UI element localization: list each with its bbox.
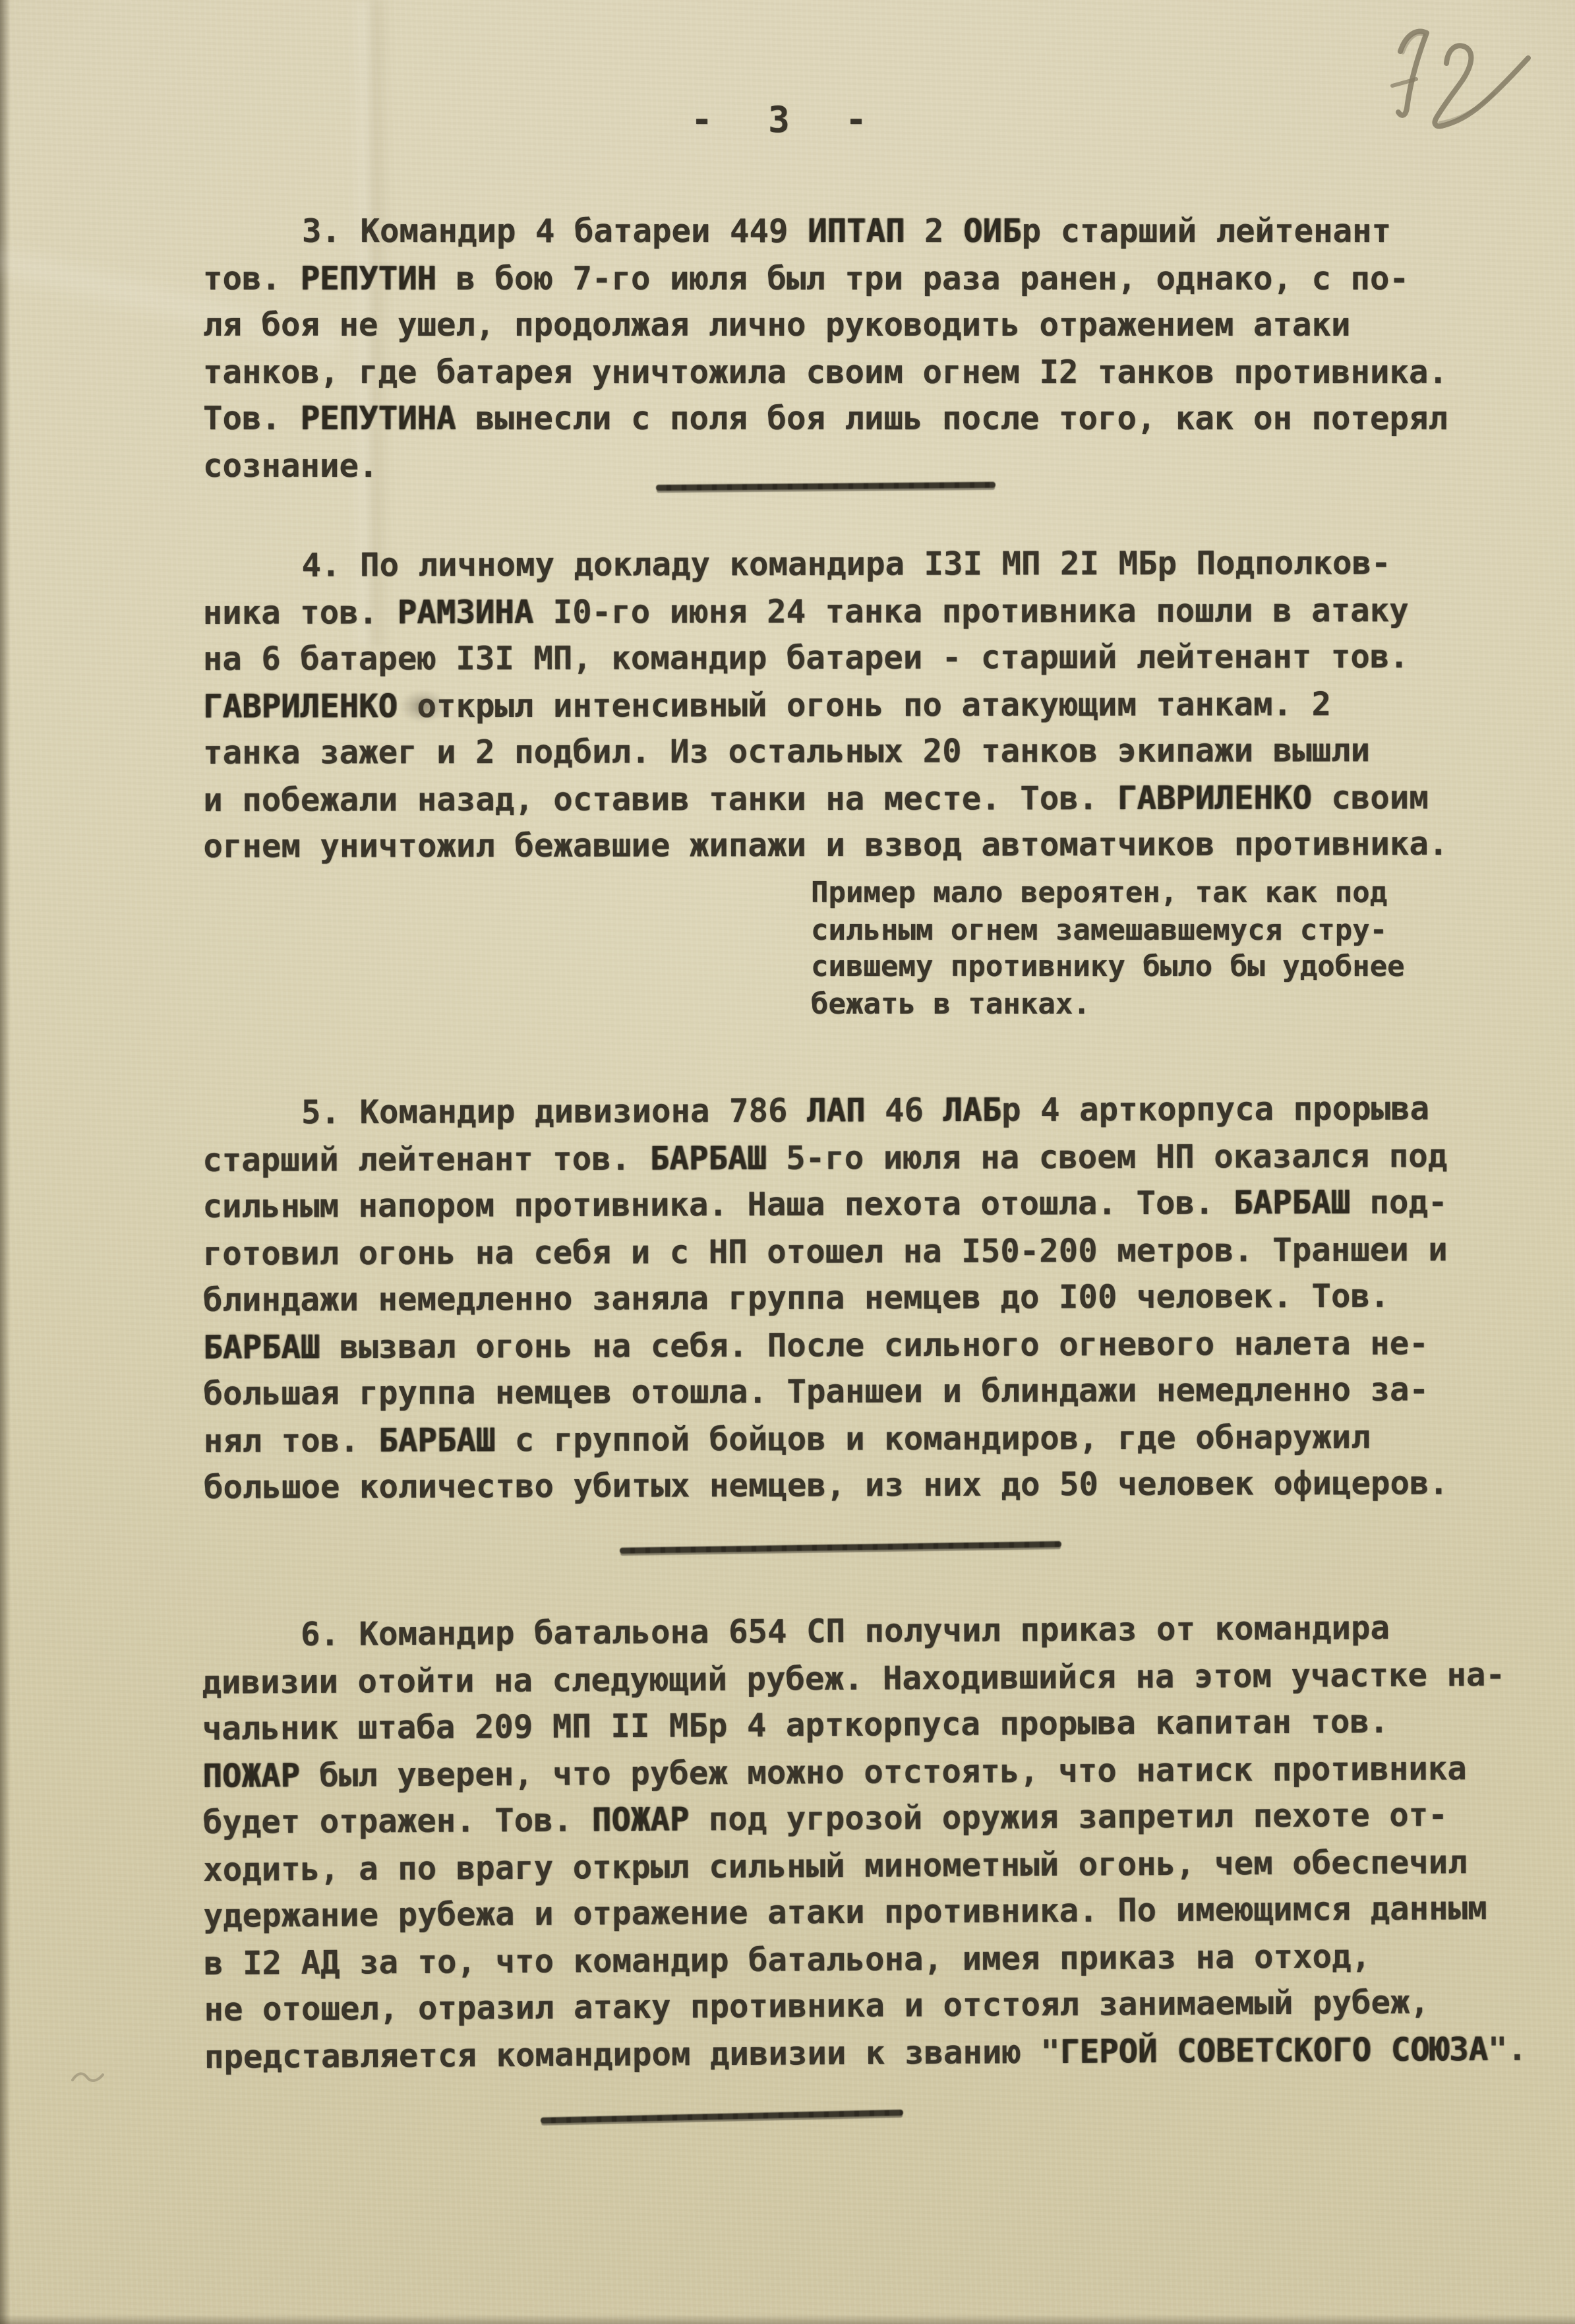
typed-line: 5. Командир дивизиона 786 ЛАП 46 ЛАБр 4 … — [202, 1085, 1560, 1136]
typed-line: 6. Командир батальона 654 СП получил при… — [202, 1603, 1560, 1659]
typed-line: удержание рубежа и отражение атаки проти… — [203, 1884, 1561, 1940]
typed-line: и побежали назад, оставив танки на месте… — [203, 774, 1561, 824]
remark-line: бежать в танках. — [811, 986, 1470, 1023]
typed-line: 4. По личному докладу командира I3I МП 2… — [202, 539, 1560, 589]
handwritten-folio-number: 72 — [1378, 17, 1556, 149]
typed-line: в I2 АД за то, что командир батальона, и… — [204, 1932, 1562, 1987]
typed-line: готовил огонь на себя и с НП отошел на I… — [203, 1226, 1561, 1277]
remark-line: Пример мало вероятен, так как под — [811, 874, 1470, 911]
page-number: - 3 - — [0, 99, 1575, 140]
section-divider — [541, 2110, 903, 2124]
remark-line: сильным огнем замешавшемуся стру- — [811, 912, 1470, 949]
typed-line: тов. РЕПУТИН в бою 7-го июля был три раз… — [203, 255, 1561, 302]
typed-line: ника тов. РАМЗИНА I0-го июня 24 танка пр… — [203, 587, 1561, 636]
typed-line: большая группа немцев отошла. Траншеи и … — [203, 1366, 1561, 1417]
typed-line: ходить, а по врагу открыл сильный миноме… — [203, 1838, 1561, 1893]
typed-line: представляется командиром дивизии к зван… — [204, 2025, 1562, 2081]
section-divider — [620, 1541, 1061, 1554]
typed-line: сильным напором противника. Наша пехота … — [202, 1178, 1560, 1230]
typed-line: большое количество убитых немцев, из них… — [204, 1459, 1562, 1511]
pencil-squiggle — [69, 2063, 115, 2089]
document-page: - 3 - 72 3. Командир 4 батареи 449 ИПТАП… — [0, 0, 1575, 2324]
paragraph-6: 6. Командир батальона 654 СП получил при… — [202, 1603, 1562, 2080]
typed-line: чальник штаба 209 МП II МБр 4 арткорпуса… — [202, 1697, 1560, 1752]
typed-line: 3. Командир 4 батареи 449 ИПТАП 2 ОИБр с… — [203, 208, 1561, 255]
typed-line: не отошел, отразил атаку противника и от… — [204, 1978, 1562, 2033]
margin-remark: Пример мало вероятен, так как под сильны… — [811, 874, 1470, 1022]
typed-line: будет отражен. Тов. ПОЖАР под угрозой ор… — [203, 1790, 1561, 1846]
typed-line: танков, где батарея уничтожила своим огн… — [203, 349, 1561, 396]
typed-line: блиндажи немедленно заняла группа немцев… — [203, 1272, 1561, 1324]
typed-line: старший лейтенант тов. БАРБАШ 5-го июля … — [202, 1132, 1560, 1184]
typed-line: танка зажег и 2 подбил. Из остальных 20 … — [203, 727, 1561, 776]
ink-smudge — [400, 690, 447, 723]
paper-bottom-edge-shadow — [0, 2315, 1575, 2324]
typed-line: огнем уничтожил бежавшие жипажи и взвод … — [203, 820, 1561, 870]
typed-line: ПОЖАР был уверен, что рубеж можно отстоя… — [202, 1744, 1560, 1800]
paragraph-5: 5. Командир дивизиона 786 ЛАП 46 ЛАБр 4 … — [202, 1085, 1562, 1511]
pencil-numeral-72-drawing — [1378, 17, 1556, 149]
typed-line: Тов. РЕПУТИНА вынесли с поля боя лишь по… — [203, 395, 1561, 442]
paragraph-3: 3. Командир 4 батареи 449 ИПТАП 2 ОИБр с… — [203, 208, 1561, 489]
typed-line: на 6 батарею I3I МП, командир батареи - … — [203, 633, 1561, 683]
typed-line: БАРБАШ вызвал огонь на себя. После сильн… — [203, 1320, 1561, 1371]
remark-line: сившему противнику было бы удобнее — [811, 948, 1470, 985]
typed-line: дивизии отойти на следующий рубеж. Наход… — [202, 1651, 1560, 1706]
typed-line: ля боя не ушел, продолжая лично руководи… — [203, 301, 1561, 348]
paper-left-edge-shadow — [0, 0, 11, 2324]
typed-line: нял тов. БАРБАШ с группой бойцов и коман… — [204, 1413, 1562, 1465]
